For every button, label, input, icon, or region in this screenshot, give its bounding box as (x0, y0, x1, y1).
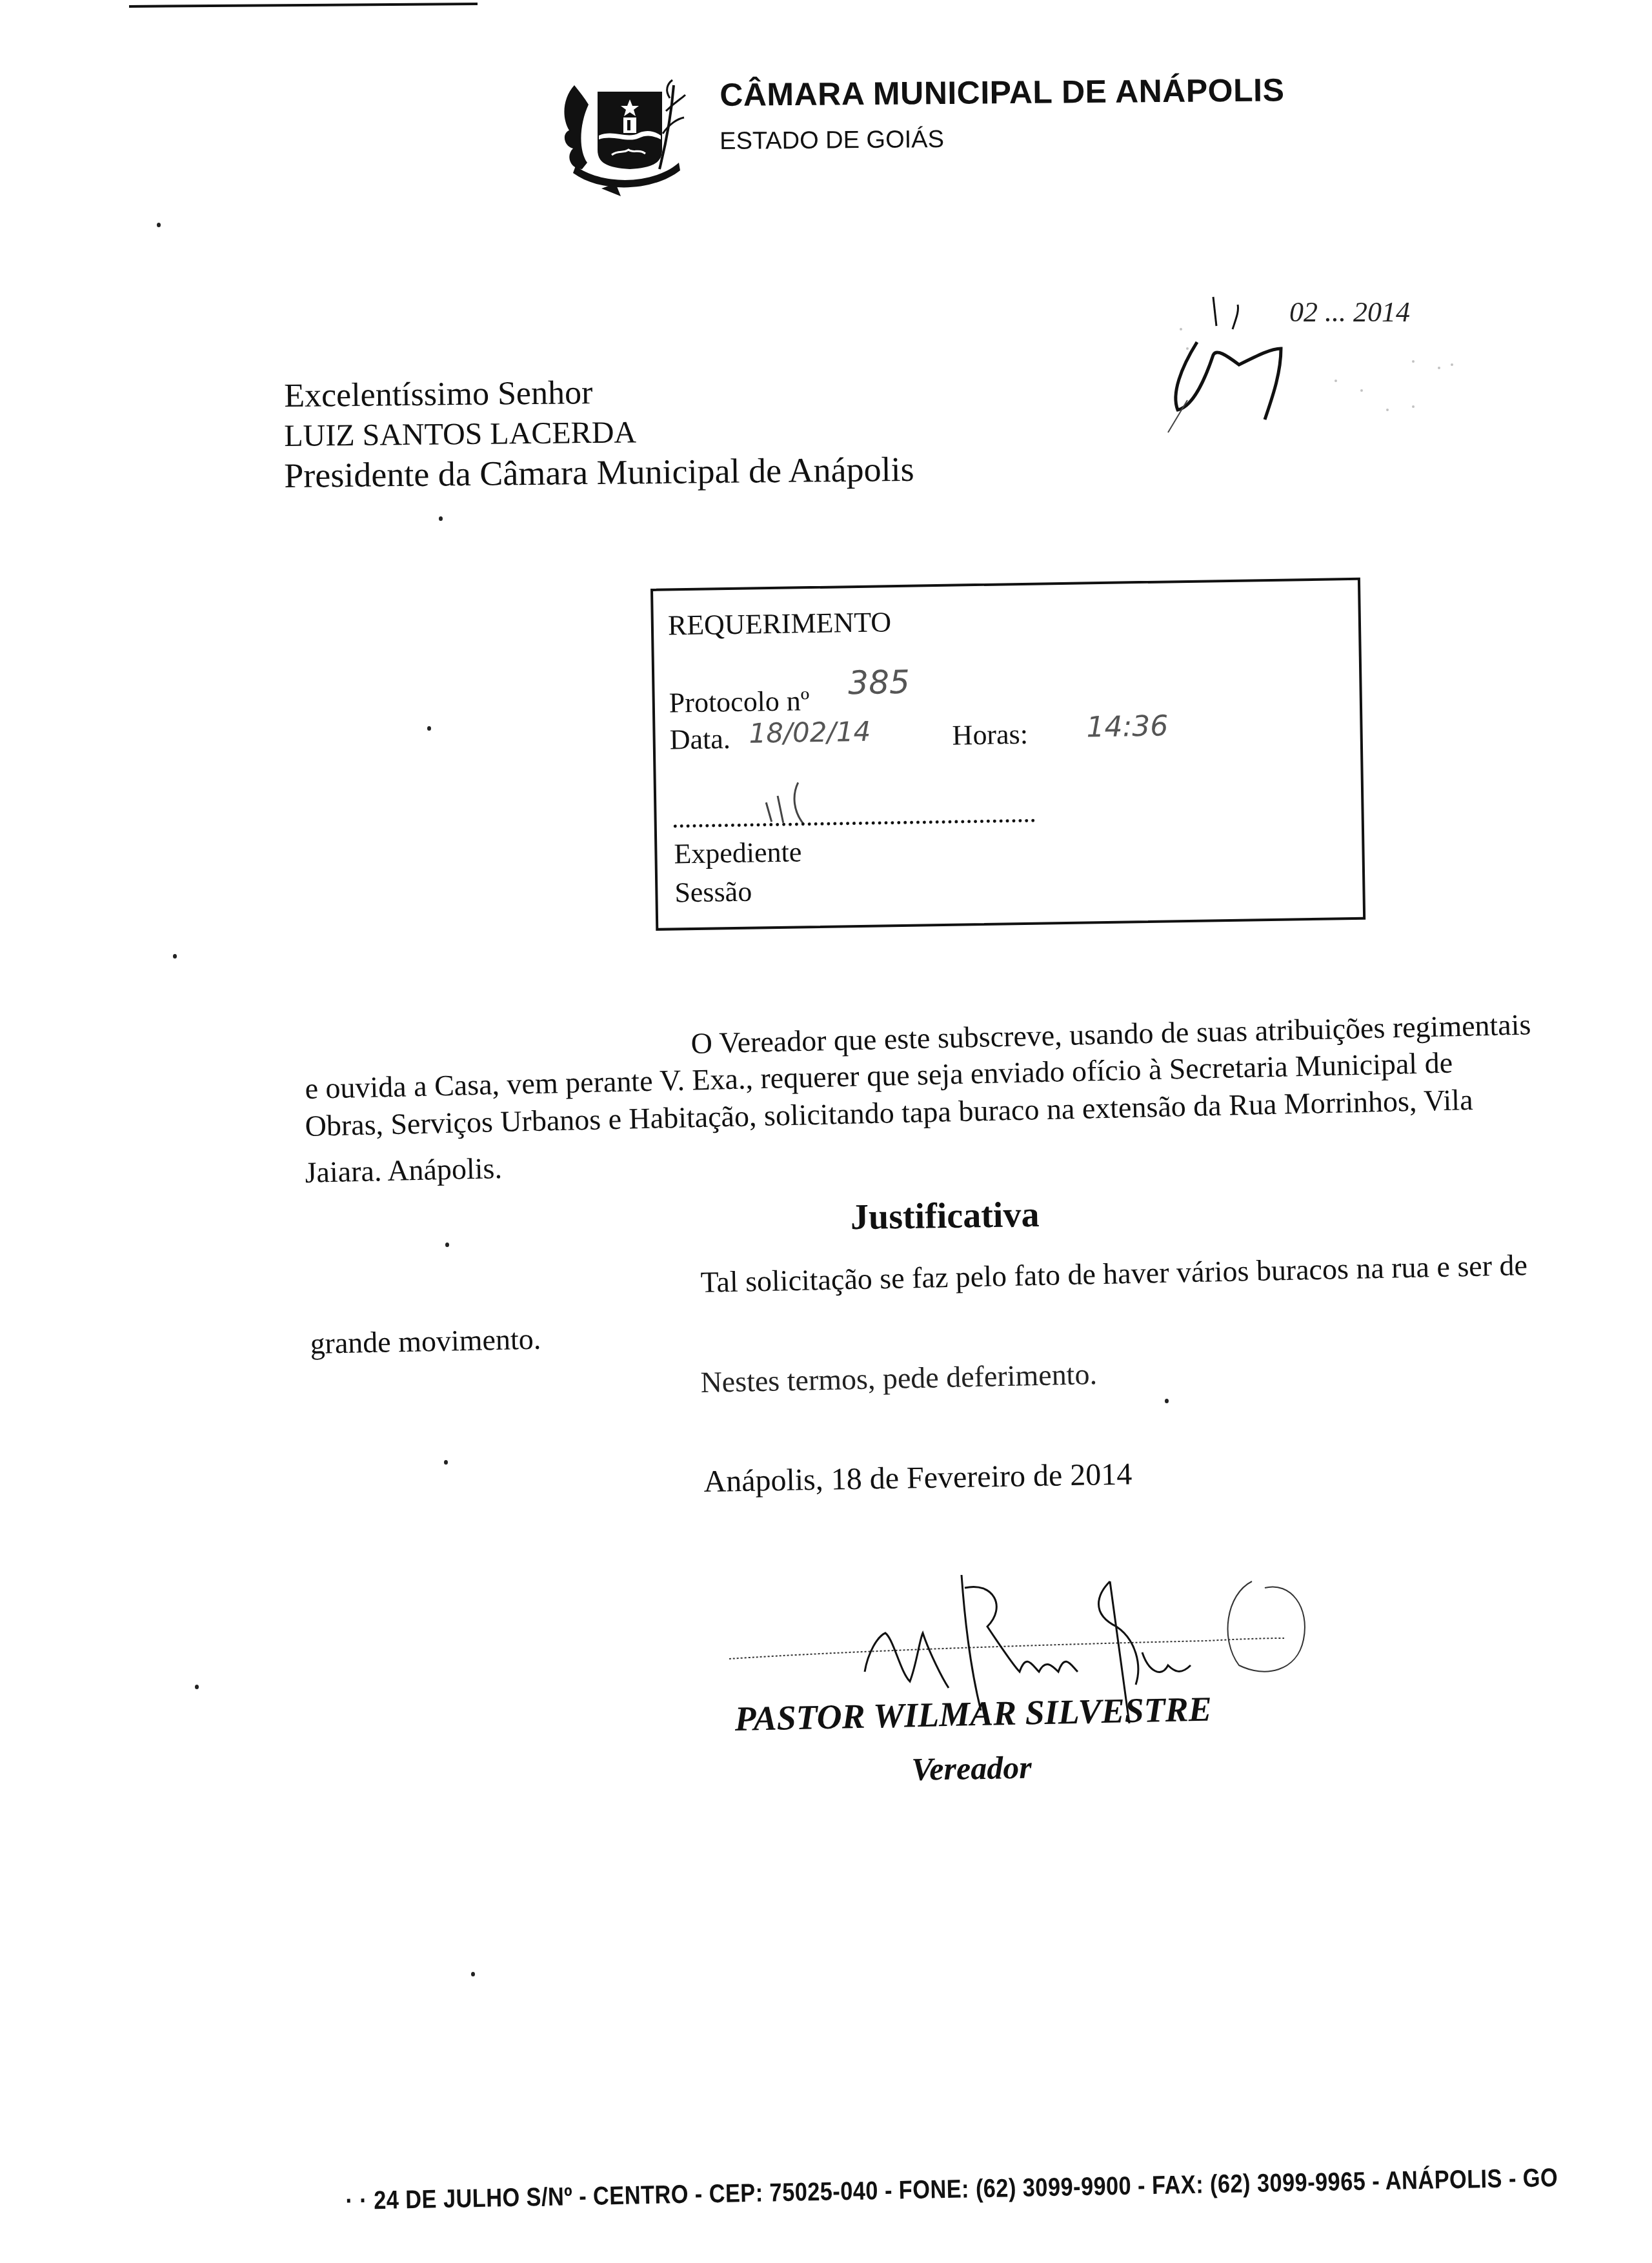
justification-heading: Justificativa (851, 1194, 1040, 1238)
scan-speck (1165, 1399, 1169, 1403)
body-line: Jaiara. Anápolis. (305, 1151, 502, 1190)
data-value: 18/02/14 (749, 716, 871, 749)
signer-role: Vereador (911, 1749, 1032, 1788)
horas-label: Horas: (952, 718, 1028, 752)
scan-speck (157, 223, 161, 227)
scan-speck (173, 954, 177, 959)
footer-region: · · 24 DE JULHO S/Nº - CENTRO - CEP: 750… (0, 2149, 1652, 2263)
sessao-label: Sessão (674, 875, 752, 909)
place-and-date: Anápolis, 18 de Fevereiro de 2014 (703, 1456, 1133, 1499)
protocolo-value: 385 (848, 664, 910, 702)
addressee-salutation: Excelentíssimo Senhor (284, 374, 593, 415)
scan-speck (195, 1685, 199, 1689)
footer-address: · · 24 DE JULHO S/Nº - CENTRO - CEP: 750… (345, 2164, 1558, 2216)
handwritten-initials-icon (1142, 258, 1594, 439)
scan-speck (427, 726, 431, 731)
requerimento-protocol-box: REQUERIMENTO Protocolo nº 385 Data. 18/0… (650, 578, 1365, 931)
scan-speck (439, 516, 443, 521)
expediente-label: Expediente (674, 835, 802, 870)
justification-line: grande movimento. (310, 1322, 541, 1361)
scan-speck (444, 1460, 448, 1465)
stamp-handwritten-date: 02 ... 2014 (1289, 296, 1410, 329)
coat-of-arms-icon (556, 72, 689, 198)
organization-state: ESTADO DE GOIÁS (720, 126, 944, 156)
scan-speck (471, 1972, 475, 1976)
organization-name: CÂMARA MUNICIPAL DE ANÁPOLIS (720, 71, 1285, 114)
addressee-title: Presidente da Câmara Municipal de Anápol… (284, 449, 914, 496)
closing-phrase: Nestes termos, pede deferimento. (700, 1357, 1097, 1399)
horas-value: 14:36 (1086, 709, 1169, 744)
addressee-name: LUIZ SANTOS LACERDA (284, 414, 636, 454)
protocolo-label: Protocolo nº (669, 684, 810, 719)
receipt-stamp: 02 ... 2014 (1142, 258, 1594, 439)
signature-dotted-line (674, 819, 1035, 828)
rubric-icon (753, 776, 831, 829)
data-label: Data. (669, 722, 730, 756)
top-rule-line (129, 3, 478, 8)
scan-speck (445, 1243, 449, 1247)
justification-line: Tal solicitação se faz pelo fato de have… (700, 1248, 1527, 1299)
requerimento-title: REQUERIMENTO (667, 605, 891, 642)
